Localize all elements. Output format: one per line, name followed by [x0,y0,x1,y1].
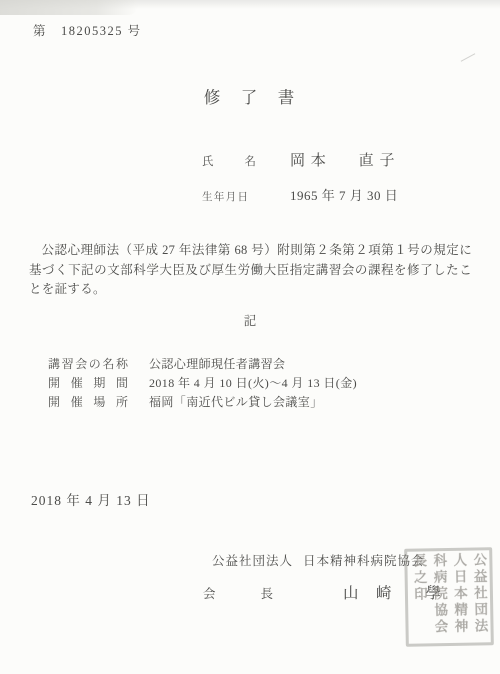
recipient-name-value: 岡 本 直 子 [290,149,396,170]
course-period-label: 開催期間 [48,374,128,391]
certificate-body-text: 公認心理師法（平成 27 年法律第 68 号）附則第２条第２項第１号の規定に基づ… [29,241,472,300]
ki-marker: 記 [0,311,500,329]
course-period-row: 開催期間 2018 年 4 月 10 日(火)～4 月 13 日(金) [48,374,357,393]
course-details: 講習会の名称 公認心理師現任者講習会 開催期間 2018 年 4 月 10 日(… [48,355,357,411]
official-seal-stamp: 公益社団法人日本精神科病院協会長之印 [404,547,494,647]
recipient-name-row: 氏名 岡 本 直 子 [202,149,396,170]
issuer-organization-row: 公益社団法人 日本精神科病院協会 [212,551,425,569]
scan-corner-smudge-artifact [0,0,138,15]
course-venue-value: 福岡「南近代ビル貸し会議室」 [149,393,323,410]
certificate-number: 第 18205325 号 [33,21,142,39]
scan-scratch-artifact [461,53,476,61]
recipient-name-label: 氏名 [202,153,256,169]
issue-date: 2018 年 4 月 13 日 [31,489,151,509]
certificate-page: 第 18205325 号 修 了 書 氏名 岡 本 直 子 生年月日 1965 … [0,0,500,674]
recipient-birthdate-value: 1965 年 7 月 30 日 [290,185,398,204]
recipient-birthdate-row: 生年月日 1965 年 7 月 30 日 [202,185,398,204]
course-venue-label: 開催場所 [48,393,128,410]
course-period-value: 2018 年 4 月 10 日(火)～4 月 13 日(金) [149,374,357,391]
official-seal-text: 公益社団法人日本精神科病院協会長之印 [408,552,489,639]
recipient-birthdate-label: 生年月日 [202,189,248,204]
course-name-value: 公認心理師現任者講習会 [149,355,285,372]
course-venue-row: 開催場所 福岡「南近代ビル貸し会議室」 [48,393,357,412]
president-title-label: 会長 [203,584,273,602]
certificate-title: 修 了 書 [0,84,500,108]
course-name-label: 講習会の名称 [48,355,128,372]
issuer-org-type: 公益社団法人 [212,551,293,569]
course-name-row: 講習会の名称 公認心理師現任者講習会 [48,355,357,374]
